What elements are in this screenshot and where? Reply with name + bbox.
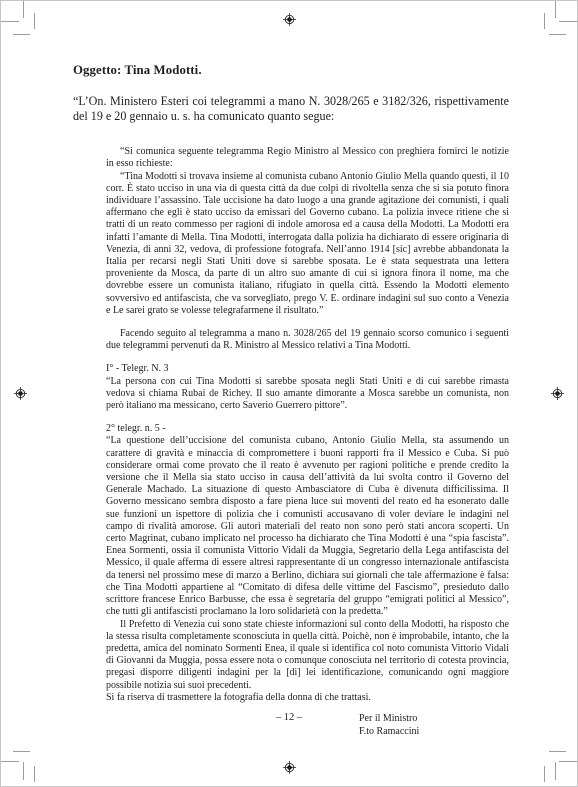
document-body: Oggetto: Tina Modotti. “L’On. Ministero …: [73, 63, 509, 738]
riserva-paragraph: Si fa riserva di trasmettere la fotograf…: [106, 692, 509, 704]
telegram-quote-p1: “Si comunica seguente telegramma Regio M…: [106, 146, 509, 170]
telegram-quote-p2: “Tina Modotti si trovava insieme al comu…: [106, 171, 509, 317]
crop-mark: [1, 21, 19, 22]
registration-mark-icon: [14, 387, 27, 400]
scanned-page: Oggetto: Tina Modotti. “L’On. Ministero …: [0, 0, 578, 787]
crop-mark: [34, 766, 35, 782]
subject-heading: Oggetto: Tina Modotti.: [73, 63, 509, 78]
telegram-transcript-block: “Si comunica seguente telegramma Regio M…: [106, 146, 509, 738]
prefetto-paragraph: Il Prefetto di Venezia cui sono state ch…: [106, 619, 509, 692]
intro-paragraph: “L’On. Ministero Esteri coi telegrammi a…: [73, 94, 509, 123]
crop-mark: [34, 13, 35, 29]
registration-mark-icon: [551, 387, 564, 400]
crop-mark: [13, 34, 30, 35]
page-number: – 12 –: [1, 712, 577, 723]
signature-name: F.to Ramaccini: [359, 726, 509, 739]
crop-mark: [555, 762, 556, 780]
crop-mark: [555, 1, 556, 18]
crop-mark: [549, 34, 566, 35]
crop-mark: [13, 751, 30, 752]
crop-mark: [559, 761, 577, 762]
telegram2-body: “La questione dell’uccisione del comunis…: [106, 435, 509, 618]
telegram2-heading: 2° telegr. n. 5 -: [106, 423, 509, 435]
crop-mark: [23, 762, 24, 780]
followup-paragraph: Facendo seguito al telegramma a mano n. …: [106, 328, 509, 352]
crop-mark: [544, 766, 545, 782]
telegram1-heading: I° - Telegr. N. 3: [106, 363, 509, 375]
telegram1-body: “La persona con cui Tina Modotti si sare…: [106, 376, 509, 413]
crop-mark: [549, 751, 566, 752]
crop-mark: [544, 13, 545, 29]
crop-mark: [23, 1, 24, 18]
registration-mark-icon: [283, 761, 296, 774]
crop-mark: [559, 21, 577, 22]
registration-mark-icon: [283, 13, 296, 26]
crop-mark: [1, 761, 19, 762]
